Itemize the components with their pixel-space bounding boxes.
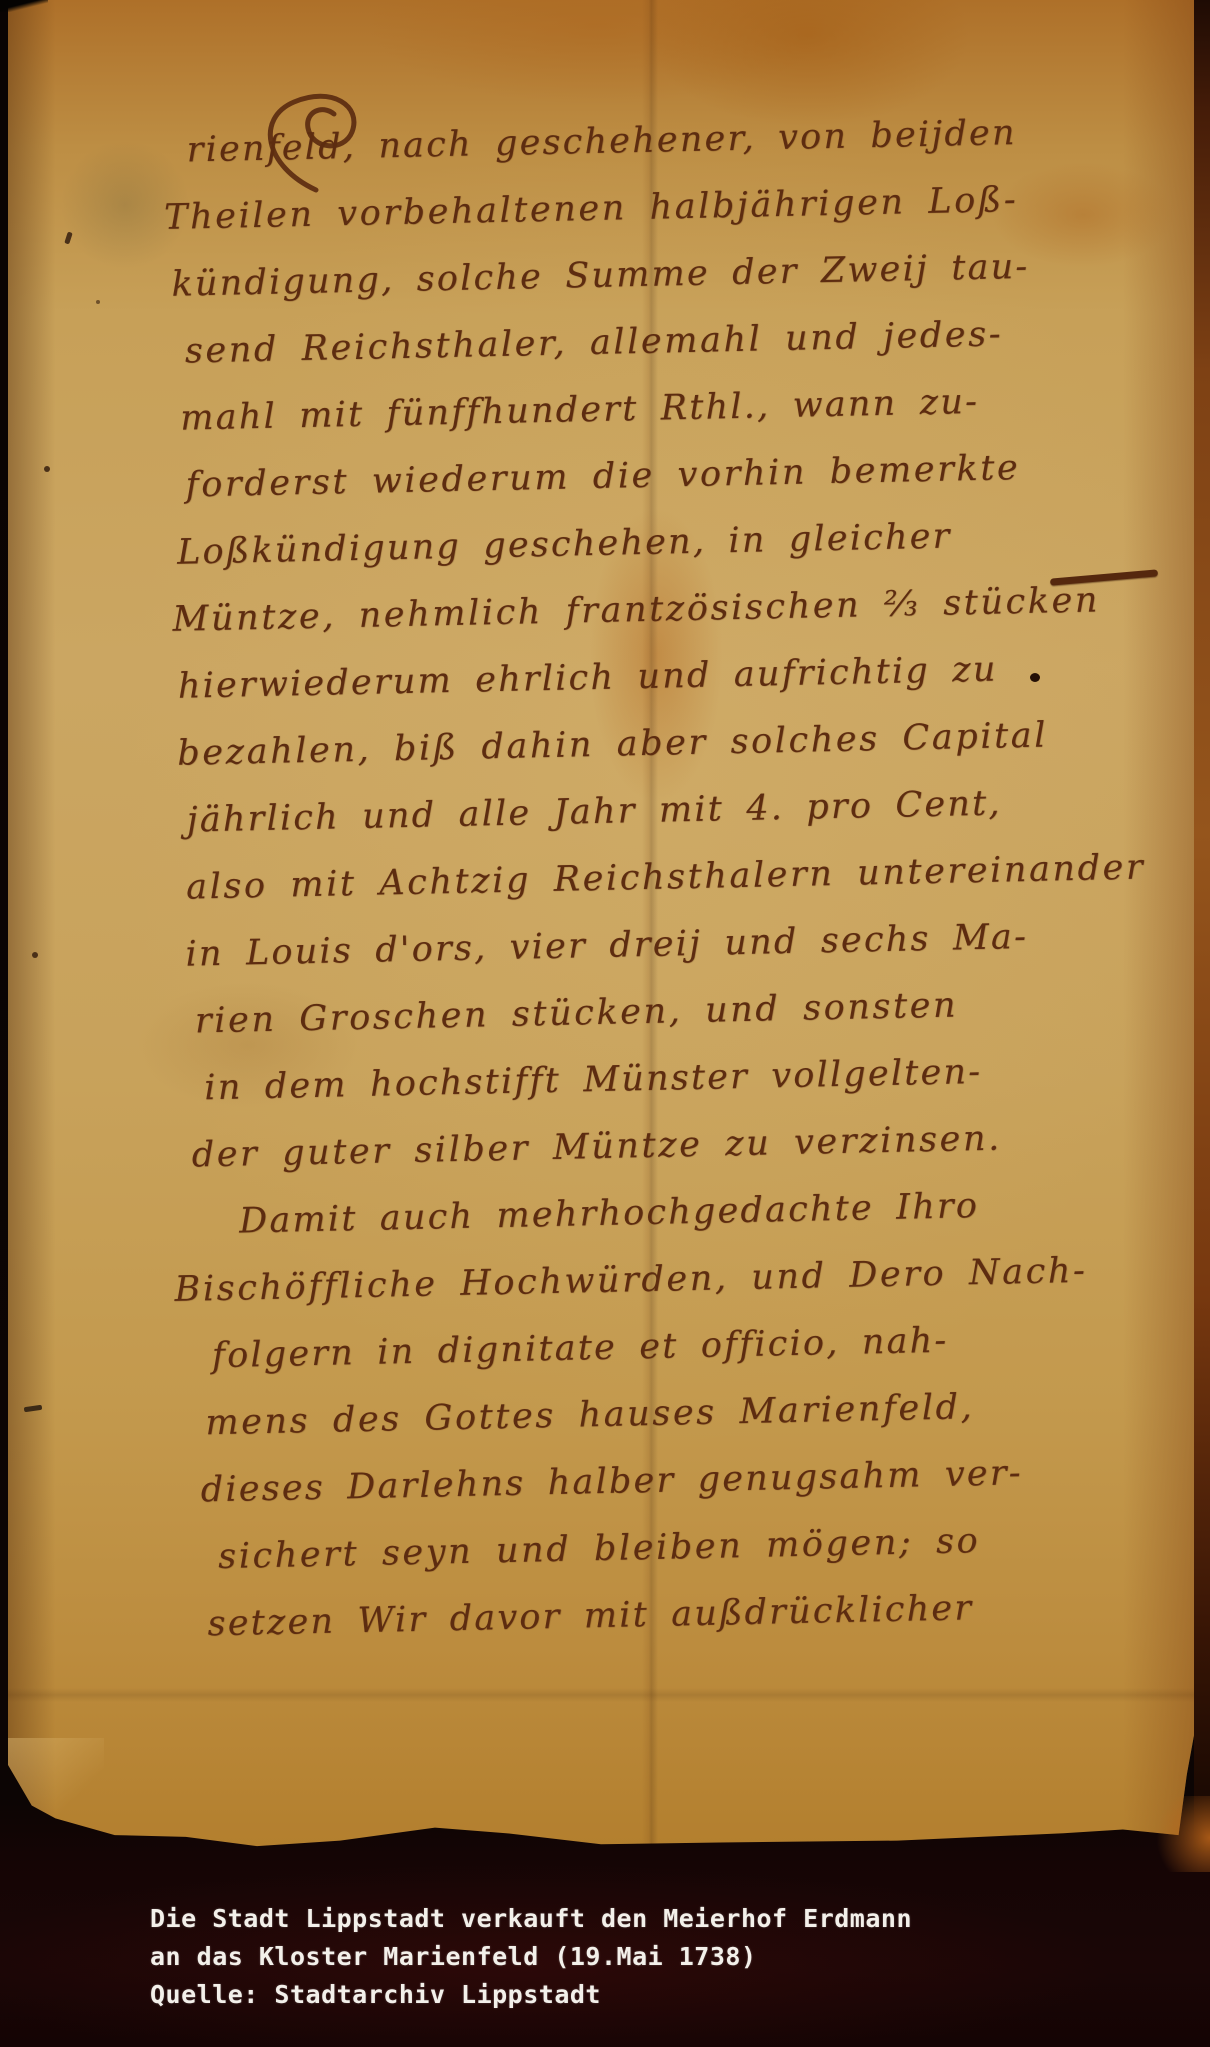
- ink-blot: [1030, 673, 1040, 682]
- caption-line: an das Kloster Marienfeld (19.Mai 1738): [150, 1938, 912, 1976]
- manuscript-page: rienfeld, nach geschehener, von beijden …: [8, 0, 1194, 1848]
- handwriting-text: rienfeld, nach geschehener, von beijden …: [158, 97, 1200, 1659]
- margin-mark: [24, 1405, 43, 1412]
- margin-mark: [96, 300, 100, 304]
- horizontal-fold-crease: [8, 1688, 1194, 1702]
- book-edge-shadow: [1194, 0, 1210, 1852]
- folded-corner: [8, 1738, 104, 1848]
- margin-mark: [44, 466, 50, 472]
- archival-photo: rienfeld, nach geschehener, von beijden …: [0, 0, 1210, 2047]
- caption-line: Die Stadt Lippstadt verkauft den Meierho…: [150, 1900, 912, 1938]
- photo-corner-shadow: [0, 0, 48, 12]
- caption: Die Stadt Lippstadt verkauft den Meierho…: [150, 1900, 912, 2014]
- caption-line: Quelle: Stadtarchiv Lippstadt: [150, 1976, 912, 2014]
- margin-mark: [32, 952, 38, 958]
